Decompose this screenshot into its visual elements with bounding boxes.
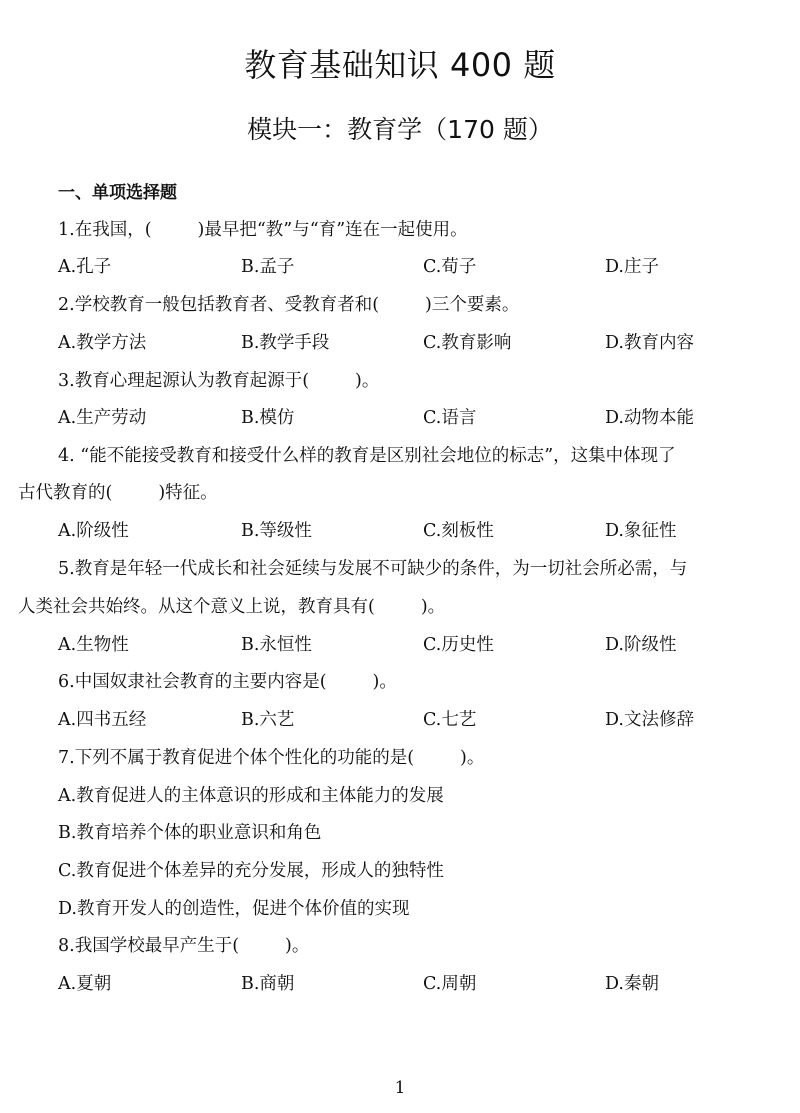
option-d: D.阶级性	[605, 631, 676, 659]
option-b: B.教学手段	[241, 329, 329, 357]
option-d: D.动物本能	[605, 404, 694, 432]
section-heading: 一、单项选择题	[58, 178, 177, 208]
stem-text: 古代教育的(	[18, 483, 112, 503]
option-a: A.教育促进人的主体意识的形成和主体能力的发展	[58, 782, 444, 810]
question-3-stem: 3.教育心理起源认为教育起源于()。	[58, 367, 379, 395]
option-a: A.阶级性	[58, 517, 129, 545]
option-d: D.庄子	[605, 253, 659, 281]
option-b: B.孟子	[241, 253, 294, 281]
question-3-options: A.生产劳动 B.模仿 C.语言 D.动物本能	[0, 404, 800, 432]
stem-text: 3.教育心理起源认为教育起源于(	[58, 371, 309, 391]
option-c: C.语言	[423, 404, 476, 432]
question-8-stem: 8.我国学校最早产生于()。	[58, 932, 309, 960]
option-a: A.孔子	[58, 253, 111, 281]
stem-text: )三个要素。	[425, 295, 519, 315]
option-a: A.夏朝	[58, 970, 111, 998]
question-4-options: A.阶级性 B.等级性 C.刻板性 D.象征性	[0, 517, 800, 545]
stem-text: 8.我国学校最早产生于(	[58, 936, 239, 956]
question-5-options: A.生物性 B.永恒性 C.历史性 D.阶级性	[0, 631, 800, 659]
question-4-stem-line1: 4. “能不能接受教育和接受什么样的教育是区别社会地位的标志”，这集中体现了	[58, 442, 676, 470]
option-c: C.刻板性	[423, 517, 494, 545]
question-8-options: A.夏朝 B.商朝 C.周朝 D.秦朝	[0, 970, 800, 998]
option-a: A.教学方法	[58, 329, 146, 357]
stem-text: 人类社会共始终。从这个意义上说，教育具有(	[18, 597, 375, 617]
option-c: C.历史性	[423, 631, 494, 659]
option-d: D.秦朝	[605, 970, 659, 998]
option-c: C.七艺	[423, 706, 476, 734]
document-title: 教育基础知识 400 题	[0, 40, 800, 90]
question-7-stem: 7.下列不属于教育促进个体个性化的功能的是()。	[58, 744, 484, 772]
question-1-options: A.孔子 B.孟子 C.荀子 D.庄子	[0, 253, 800, 281]
question-6-options: A.四书五经 B.六艺 C.七艺 D.文法修辞	[0, 706, 800, 734]
stem-text: )。	[421, 597, 445, 617]
stem-text: 7.下列不属于教育促进个体个性化的功能的是(	[58, 748, 414, 768]
option-b: B.商朝	[241, 970, 294, 998]
option-b: B.永恒性	[241, 631, 312, 659]
option-b: B.等级性	[241, 517, 312, 545]
question-4-stem-line2: 古代教育的()特征。	[18, 479, 218, 507]
option-d: D.象征性	[605, 517, 676, 545]
option-c: C.教育促进个体差异的充分发展，形成人的独特性	[58, 857, 444, 885]
option-d: D.教育内容	[605, 329, 694, 357]
option-a: A.生物性	[58, 631, 129, 659]
option-d: D.教育开发人的创造性，促进个体价值的实现	[58, 895, 409, 923]
stem-text: )。	[373, 672, 397, 692]
option-c: C.荀子	[423, 253, 476, 281]
option-d: D.文法修辞	[605, 706, 694, 734]
option-a: A.四书五经	[58, 706, 146, 734]
page-number: 1	[0, 1076, 800, 1100]
stem-text: )。	[460, 748, 484, 768]
option-c: C.周朝	[423, 970, 476, 998]
question-5-stem-line2: 人类社会共始终。从这个意义上说，教育具有()。	[18, 593, 445, 621]
stem-text: )最早把“教”与“育”连在一起使用。	[198, 220, 468, 240]
question-6-stem: 6.中国奴隶社会教育的主要内容是()。	[58, 668, 397, 696]
option-b: B.六艺	[241, 706, 294, 734]
stem-text: )特征。	[158, 483, 217, 503]
question-5-stem-line1: 5.教育是年轻一代成长和社会延续与发展不可缺少的条件，为一切社会所必需，与	[58, 555, 687, 583]
option-a: A.生产劳动	[58, 404, 146, 432]
stem-text: 6.中国奴隶社会教育的主要内容是(	[58, 672, 327, 692]
stem-text: )。	[355, 371, 379, 391]
option-c: C.教育影响	[423, 329, 511, 357]
stem-text: 2.学校教育一般包括教育者、受教育者和(	[58, 295, 379, 315]
option-b: B.教育培养个体的职业意识和角色	[58, 819, 321, 847]
question-2-options: A.教学方法 B.教学手段 C.教育影响 D.教育内容	[0, 329, 800, 357]
module-subtitle: 模块一：教育学（170 题）	[0, 110, 800, 150]
stem-text: )。	[285, 936, 309, 956]
question-1-stem: 1.在我国，()最早把“教”与“育”连在一起使用。	[58, 216, 468, 244]
question-2-stem: 2.学校教育一般包括教育者、受教育者和()三个要素。	[58, 291, 519, 319]
option-b: B.模仿	[241, 404, 294, 432]
stem-text: 1.在我国，(	[58, 220, 152, 240]
